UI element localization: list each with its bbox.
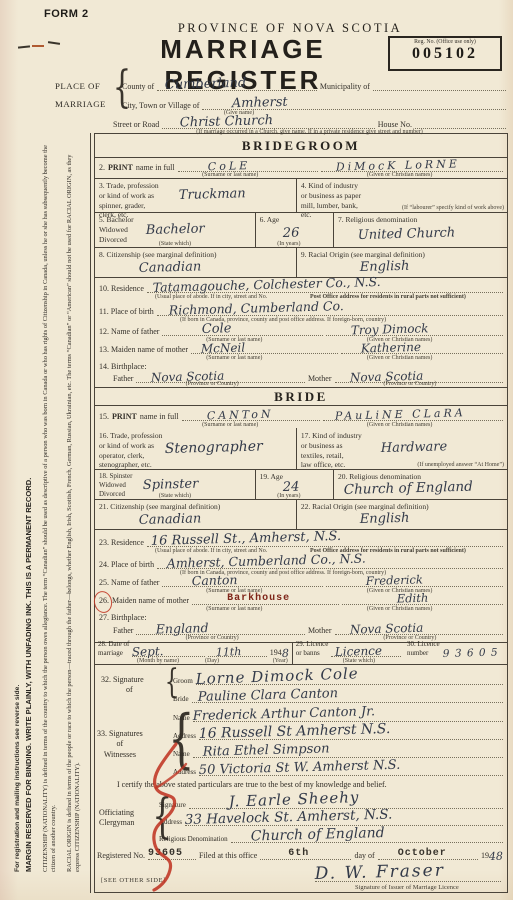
house-no-label: House No.	[378, 120, 412, 129]
filed-day-value: 6th	[260, 849, 309, 859]
q13-mother-row: 13. Maiden name of mother McNeil Katheri…	[95, 343, 507, 361]
q19-note: (In years)	[277, 493, 300, 499]
q11-label: 11. Place of birth	[99, 307, 154, 316]
clergyman-block: OfficiatingClergyman { Signature J. Earl…	[95, 792, 507, 844]
q29-label: 29. Licenceor banns	[296, 640, 329, 657]
q12-label: 12. Name of father	[99, 327, 159, 336]
q28-day-value: 11th	[208, 646, 242, 658]
q27-father-label: Father	[113, 626, 133, 635]
q15-given-value: PAuLiNE CLaRA	[323, 407, 466, 422]
witness2-address-field: 50 Victoria St W. Amherst N.S.	[199, 762, 503, 776]
registration-number-box: Reg. No. (Office use only) 005102	[388, 36, 502, 71]
q8-q9-row: 8. Citizenship (see marginal definition)…	[95, 248, 507, 278]
filed-day-field: 6th	[260, 849, 351, 860]
q15-surname-value: CANToN	[181, 409, 273, 422]
issuer-signature: D. W. Fraser	[315, 863, 446, 883]
q33-witnesses-row: 33. SignaturesofWitnesses { Name Frederi…	[95, 705, 507, 777]
q25-given-value: Frederick	[326, 574, 423, 588]
q27-mother-field: Nova Scotia	[335, 622, 504, 635]
q26-number-wrap: 26.	[99, 596, 109, 605]
q25-label: 25. Name of father	[99, 578, 159, 587]
q7-value: United Church	[358, 226, 456, 242]
q30-label: 30. Licencenumber	[407, 640, 440, 657]
q28-day-field: 11th	[208, 645, 266, 657]
q2-number: 2.	[99, 163, 105, 172]
q2-print-label: PRINT	[108, 163, 133, 172]
q15-name-row: 15. PRINT name in full CANToN PAuLiNE CL…	[95, 406, 507, 428]
registered-label: Registered No.	[97, 851, 145, 860]
q23-field: 16 Russell St., Amherst, N.S.	[147, 533, 503, 547]
q24-value: Amherst, Cumberland Co., N.S.	[157, 552, 366, 570]
witness1-name: Frederick Arthur Canton Jr.	[192, 705, 375, 723]
q7-religion-cell: 7. Religious denomination United Church	[334, 213, 507, 247]
q2-given-field: DiMocK LoRNE	[321, 160, 503, 172]
q15-label: name in full	[140, 412, 179, 421]
q14-mother-label: Mother	[308, 374, 332, 383]
q13-surname-value: McNeil	[191, 342, 246, 355]
q28-month-field: Sept.	[132, 644, 205, 657]
municipality-label: Municipality of	[320, 82, 370, 91]
city-row: City, Town or Village of Amherst	[122, 91, 506, 110]
issuer-note: Signature of Issuer of Marriage Licence	[355, 884, 459, 891]
q13-given-field: Katherine	[341, 341, 503, 354]
q18-value: Spinster	[143, 478, 199, 492]
groom-signature: Lorne Dimock Cole	[195, 666, 358, 687]
q10-value: Tatamagouche, Colchester Co., N.S.	[147, 275, 381, 294]
clergy-denomination: Church of England	[230, 826, 384, 844]
margin-racial-origin-definition: RACIAL ORIGIN is defined in terms of the…	[66, 135, 82, 872]
q15-surname-field: CANToN	[182, 409, 320, 421]
see-other-side-note: [SEE OTHER SIDE]	[101, 877, 166, 884]
q32-signature-row: 32. Signatureof { Groom Lorne Dimock Col…	[95, 665, 507, 705]
q2-surname-field: CoLE	[178, 160, 318, 172]
q26-given-value: Edith	[341, 592, 428, 606]
q16-q17-row: 16. Trade, profession or kind of work as…	[95, 428, 507, 470]
bride-title: BRIDE	[274, 389, 328, 405]
street-value: Christ Church	[162, 114, 274, 130]
q30-field: 9 3 6 0 5	[443, 647, 504, 658]
q11-birthplace-row: 11. Place of birth Richmond, Cumberland …	[95, 300, 507, 323]
q11-field: Richmond, Cumberland Co.	[157, 303, 503, 317]
q4-industry-cell: 4. Kind of industry or business as paper…	[297, 179, 507, 212]
q14-parents-birthplace-row: 14. Birthplace: Father Nova Scotia Mothe…	[95, 361, 507, 388]
q27-father-value: England	[136, 622, 209, 636]
groom-label: Groom	[173, 677, 193, 685]
q28-year-field: 194 8	[270, 646, 289, 657]
q28-month-value: Sept.	[132, 645, 164, 658]
q3-value: Truckman	[179, 187, 246, 202]
q14-father-note: (Province or Country)	[186, 381, 239, 387]
q25-surname-field: Canton	[162, 574, 323, 588]
reg-no-value: 005102	[390, 45, 500, 63]
margin-citizenship-definition: CITIZENSHIP (NATIONALITY) is defined in …	[42, 135, 58, 872]
q13-surname-field: McNeil	[191, 341, 338, 354]
q24-label: 24. Place of birth	[99, 560, 154, 569]
q27-father-field: England	[136, 622, 305, 636]
q27-father-note: (Province or Country)	[186, 635, 239, 641]
witness1-name-label: Name	[173, 714, 190, 722]
ink-smudge-mark	[18, 40, 64, 50]
q8-citizenship-cell: 8. Citizenship (see marginal definition)…	[95, 248, 297, 277]
witness2-address: 50 Victoria St W. Amherst N.S.	[199, 759, 401, 777]
q18-status-cell: 18. Spinster Widowed Divorced Spinster (…	[95, 470, 256, 499]
house-no-field	[415, 128, 506, 129]
q5-note: (State which)	[159, 241, 191, 247]
city-field: Amherst	[202, 96, 506, 110]
municipality-field	[373, 90, 506, 91]
q13-given-value: Katherine	[341, 341, 421, 355]
witness1-address: 16 Russell St Amherst N.S.	[199, 722, 391, 741]
clergyman-label: OfficiatingClergyman	[99, 808, 134, 829]
clergy-address-field: 33 Havelock St. Amherst, N.S.	[185, 812, 503, 827]
q15-print-label: PRINT	[112, 412, 137, 421]
q16-value: Stenographer	[165, 439, 263, 456]
county-field: Cumberland	[157, 77, 317, 91]
clergy-address: 33 Havelock St. Amherst, N.S.	[185, 808, 393, 827]
q18-note: (State which)	[159, 493, 191, 499]
groom-signature-field: Lorne Dimock Cole	[196, 669, 503, 685]
q5-status-cell: 5. Bachelor Widowed Divorced Bachelor (S…	[95, 213, 256, 247]
street-label: Street or Road	[113, 120, 159, 129]
filed-label: Filed at this office	[199, 851, 257, 860]
day-of-label: day of	[354, 851, 374, 860]
q8-label: 8. Citizenship (see marginal definition)	[99, 250, 292, 260]
q19-value: 24	[282, 481, 299, 494]
q28-day-note: (Day)	[205, 658, 219, 664]
q21-value: Canadian	[139, 512, 202, 527]
q18-q19-q20-row: 18. Spinster Widowed Divorced Spinster (…	[95, 470, 507, 500]
margin-registration-note: For registration and mailing instruction…	[14, 685, 21, 872]
q30-licence-number-cell: 30. Licencenumber 9 3 6 0 5	[404, 643, 507, 664]
q11-value: Richmond, Cumberland Co.	[156, 300, 343, 317]
q5-q6-q7-row: 5. Bachelor Widowed Divorced Bachelor (S…	[95, 213, 507, 248]
witness2-name-field: Rita Ethel Simpson	[193, 744, 503, 758]
q2-given-note: (Given or Christian names)	[367, 172, 432, 178]
witness1-name-field: Frederick Arthur Canton Jr.	[193, 708, 503, 722]
red-circle-annotation	[92, 589, 114, 614]
place-of-marriage-label: PLACE OF MARRIAGE	[55, 77, 106, 114]
witness1-address-label: Address	[173, 732, 196, 740]
q23-residence-row: 23. Residence 16 Russell St., Amherst, N…	[95, 530, 507, 554]
filed-year-hw: 48	[489, 851, 503, 862]
q12-surname-value: Cole	[162, 322, 232, 337]
q3-q4-row: 3. Trade, profession or kind of work as …	[95, 179, 507, 213]
q6-age-cell: 6. Age 26 (In years)	[256, 213, 334, 247]
q19-age-cell: 19. Age 24 (In years)	[256, 470, 334, 499]
q3-trade-cell: 3. Trade, profession or kind of work as …	[95, 179, 297, 212]
form-number: FORM 2	[44, 8, 89, 20]
q28-label: 28. Date ofmarriage	[98, 640, 129, 657]
place-label-line1: PLACE OF	[55, 77, 106, 95]
q12-father-row: 12. Name of father Cole Troy Dimock (Sur…	[95, 323, 507, 343]
clergy-signature-label: Signature	[159, 801, 186, 809]
q12-given-value: Troy Dimock	[326, 322, 429, 337]
q29-licence-cell: 29. Licenceor banns Licence (State which…	[293, 643, 404, 664]
place-label-line2: MARRIAGE	[55, 95, 106, 113]
q5-value: Bachelor	[146, 222, 205, 237]
form-body: BRIDEGROOM 2. PRINT name in full CoLE Di…	[94, 133, 508, 893]
q29-field: Licence	[331, 644, 401, 657]
q9-value: English	[360, 260, 410, 274]
q27-mother-label: Mother	[308, 626, 332, 635]
q10-label: 10. Residence	[99, 284, 144, 293]
q16-trade-cell: 16. Trade, profession or kind of work as…	[95, 428, 297, 469]
q23-label: 23. Residence	[99, 538, 144, 547]
q8-value: Canadian	[139, 260, 202, 275]
q23-value: 16 Russell St., Amherst, N.S.	[147, 530, 342, 548]
q30-value: 9 3 6 0 5	[442, 647, 498, 659]
q21-q22-row: 21. Citizenship (see marginal definition…	[95, 500, 507, 530]
filed-year-field: 19 48	[481, 849, 503, 860]
witness1-address-field: 16 Russell St Amherst N.S.	[199, 725, 503, 740]
q27-parents-birthplace-row: 27. Birthplace: Father England Mother No…	[95, 612, 507, 643]
q20-value: Church of England	[344, 481, 473, 498]
q26-surname-field: Barkhouse	[192, 594, 339, 605]
clergy-signature-field: J. Earle Sheehy	[189, 793, 503, 809]
q12-surname-field: Cole	[162, 322, 323, 336]
q2-given-value: DiMocK LoRNE	[320, 158, 459, 173]
city-value: Amherst	[202, 96, 288, 111]
q14-mother-note: (Province or Country)	[383, 381, 436, 387]
q28-date-cell: 28. Date ofmarriage Sept. 11th 194 8 (Mo…	[95, 643, 293, 664]
q7-label: 7. Religious denomination	[338, 215, 503, 225]
q21-label: 21. Citizenship (see marginal definition…	[99, 502, 292, 512]
q25-father-row: 25. Name of father Canton Frederick (Sur…	[95, 576, 507, 594]
q15-given-field: PAuLiNE CLaRA	[323, 409, 503, 421]
q25-given-field: Frederick	[326, 575, 503, 588]
q2-label: name in full	[136, 163, 175, 172]
registered-field: 93605	[148, 849, 196, 860]
q26-surname-typed-value: Barkhouse	[192, 594, 290, 604]
q32-label: 32. Signatureof	[101, 675, 144, 696]
q26-given-field: Edith	[342, 593, 503, 606]
q21-citizenship-cell: 21. Citizenship (see marginal definition…	[95, 500, 297, 529]
q15-number: 15.	[99, 412, 109, 421]
county-label: County of	[122, 82, 154, 91]
filed-month-value: October	[378, 849, 447, 859]
street-line: Street or Road Christ Church House No.	[113, 110, 506, 129]
clergy-address-label: Address	[159, 818, 182, 826]
city-label: City, Town or Village of	[122, 101, 199, 110]
q25-surname-value: Canton	[162, 574, 238, 588]
q6-note: (In years)	[277, 241, 300, 247]
q12-given-field: Troy Dimock	[326, 323, 503, 336]
q28-year-note: (Year)	[273, 658, 288, 664]
bridegroom-section-header: BRIDEGROOM	[95, 134, 507, 158]
q28-q29-q30-row: 28. Date ofmarriage Sept. 11th 194 8 (Mo…	[95, 643, 507, 665]
q6-label: 6. Age	[260, 215, 329, 225]
q9-racial-origin-cell: 9. Racial Origin (see marginal definitio…	[297, 248, 507, 277]
bride-signature: Pauline Clara Canton	[191, 687, 338, 704]
binding-rule	[90, 133, 92, 893]
q29-note: (State which)	[343, 658, 375, 664]
q28-year-printed: 194	[270, 648, 282, 657]
q26-mother-row: 26. Maiden name of mother Barkhouse Edit…	[95, 594, 507, 612]
filed-month-field: October	[378, 849, 478, 860]
county-value: Cumberland	[157, 77, 247, 92]
q2-surname-note: (Surname or last name)	[202, 172, 258, 178]
street-field: Christ Church	[162, 115, 375, 129]
q10-field: Tatamagouche, Colchester Co., N.S.	[147, 280, 503, 294]
margin-binding-note: MARGIN RESERVED FOR BINDING. WRITE PLAIN…	[24, 478, 33, 872]
q27-mother-value: Nova Scotia	[334, 622, 423, 636]
q13-label: 13. Maiden name of mother	[99, 345, 188, 354]
clergy-denomination-field: Church of England	[231, 828, 503, 843]
q22-racial-origin-cell: 22. Racial Origin (see marginal definiti…	[297, 500, 507, 529]
q17-note: (If unemployed answer “At Home”)	[417, 462, 504, 468]
q2-name-row: 2. PRINT name in full CoLE DiMocK LoRNE …	[95, 158, 507, 179]
q22-value: English	[360, 512, 410, 526]
q29-value: Licence	[331, 645, 382, 658]
issuer-signature-field: D. W. Fraser	[315, 864, 501, 882]
q4-note: (If “labourer” specify kind of work abov…	[402, 205, 504, 211]
q17-value: Hardware	[381, 440, 448, 455]
q26-label: Maiden name of mother	[112, 596, 189, 605]
witness2-address-label: Address	[173, 768, 196, 776]
county-row: County of Cumberland Municipality of	[122, 72, 506, 91]
witness2-name-label: Name	[173, 750, 190, 758]
q6-value: 26	[282, 227, 299, 240]
bride-signature-field: Pauline Clara Canton	[192, 689, 503, 703]
bride-section-header: BRIDE	[95, 388, 507, 406]
q10-residence-row: 10. Residence Tatamagouche, Colchester C…	[95, 278, 507, 300]
bridegroom-title: BRIDEGROOM	[242, 138, 360, 154]
q20-religion-cell: 20. Religious denomination Church of Eng…	[334, 470, 507, 499]
q24-field: Amherst, Cumberland Co., N.S.	[157, 556, 503, 570]
q14-father-label: Father	[113, 374, 133, 383]
q33-label: 33. SignaturesofWitnesses	[97, 729, 143, 760]
marriage-register-form: FORM 2 PROVINCE OF NOVA SCOTIA MARRIAGE …	[0, 0, 513, 900]
registered-value: 93605	[148, 849, 183, 859]
clergy-denomination-label: Religious Denomination	[159, 835, 228, 843]
q17-industry-cell: 17. Kind of industry or business as text…	[297, 428, 507, 469]
witness2-name: Rita Ethel Simpson	[192, 742, 329, 759]
street-row: Street or Road Christ Church House No. (…	[113, 110, 506, 135]
